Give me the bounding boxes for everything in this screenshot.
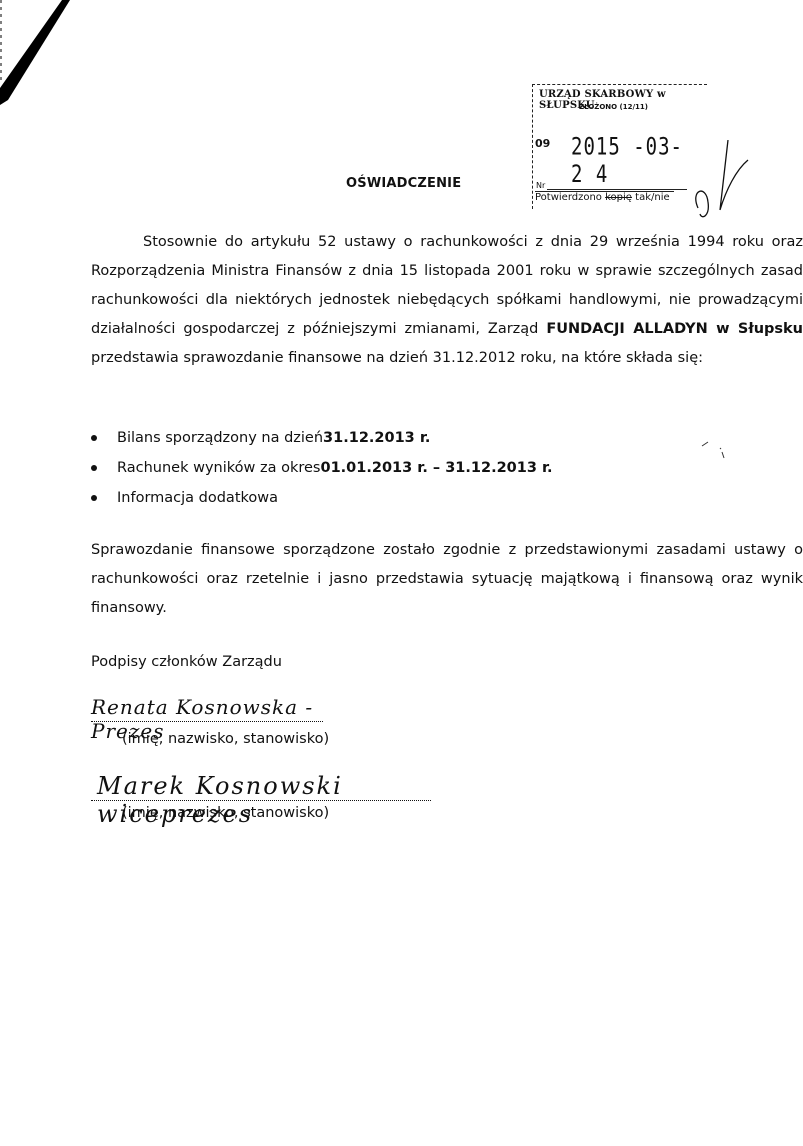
- bullet-icon: [91, 435, 97, 441]
- stamp-conf-prefix: Potwierdzono: [535, 192, 602, 203]
- intro-paragraph: Stosownie do artykułu 52 ustawy o rachun…: [91, 228, 803, 373]
- stamp-confirmation: Potwierdzono kopię tak/nie: [535, 191, 674, 203]
- statement-components-list: Bilans sporządzony na dzień 31.12.2013 r…: [91, 423, 691, 513]
- bullet-icon: [91, 465, 97, 471]
- list-item: Informacja dodatkowa: [91, 483, 691, 513]
- stamp-date: 2015 -03- 2 4: [571, 133, 707, 188]
- signature-line: [91, 800, 431, 801]
- closing-paragraph: Sprawozdanie finansowe sporządzone zosta…: [91, 536, 803, 623]
- signature-vice-president: Marek Kosnowski wiceprezes: [91, 772, 471, 806]
- signatures-heading: Podpisy członków Zarządu: [91, 654, 282, 670]
- stamp-conf-struck: kopię: [605, 192, 632, 203]
- bullet-icon: [91, 495, 97, 501]
- intro-text-2: przedstawia sprawozdanie finansowe na dz…: [91, 350, 703, 366]
- stamp-nr-line: [547, 189, 687, 190]
- signature-line: [91, 721, 323, 722]
- stamp-conf-suffix: tak/nie: [635, 192, 669, 203]
- stamp-prefix: 09: [535, 137, 550, 150]
- document-title: OŚWIADCZENIE: [346, 176, 461, 191]
- signature-caption: (imię, nazwisko, stanowisko): [122, 731, 329, 747]
- list-item: Bilans sporządzony na dzień 31.12.2013 r…: [91, 423, 691, 453]
- signature-president: Renata Kosnowska - Prezes: [91, 695, 391, 725]
- scan-noise: [700, 438, 740, 463]
- foundation-name: FUNDACJI ALLADYN w Słupsku: [546, 321, 803, 337]
- stamp-received: ZŁOŻONO (12/11): [579, 103, 648, 111]
- signature-caption: (imię, nazwisko, stanowisko): [122, 805, 329, 821]
- stamp-initial-signature: [690, 140, 750, 220]
- stamp-nr-label: Nr: [536, 181, 545, 190]
- list-item: Rachunek wyników za okres 01.01.2013 r. …: [91, 453, 691, 483]
- scan-edge-mark: [0, 0, 70, 105]
- tax-office-stamp: URZĄD SKARBOWY w SŁUPSKU ZŁOŻONO (12/11)…: [532, 84, 707, 209]
